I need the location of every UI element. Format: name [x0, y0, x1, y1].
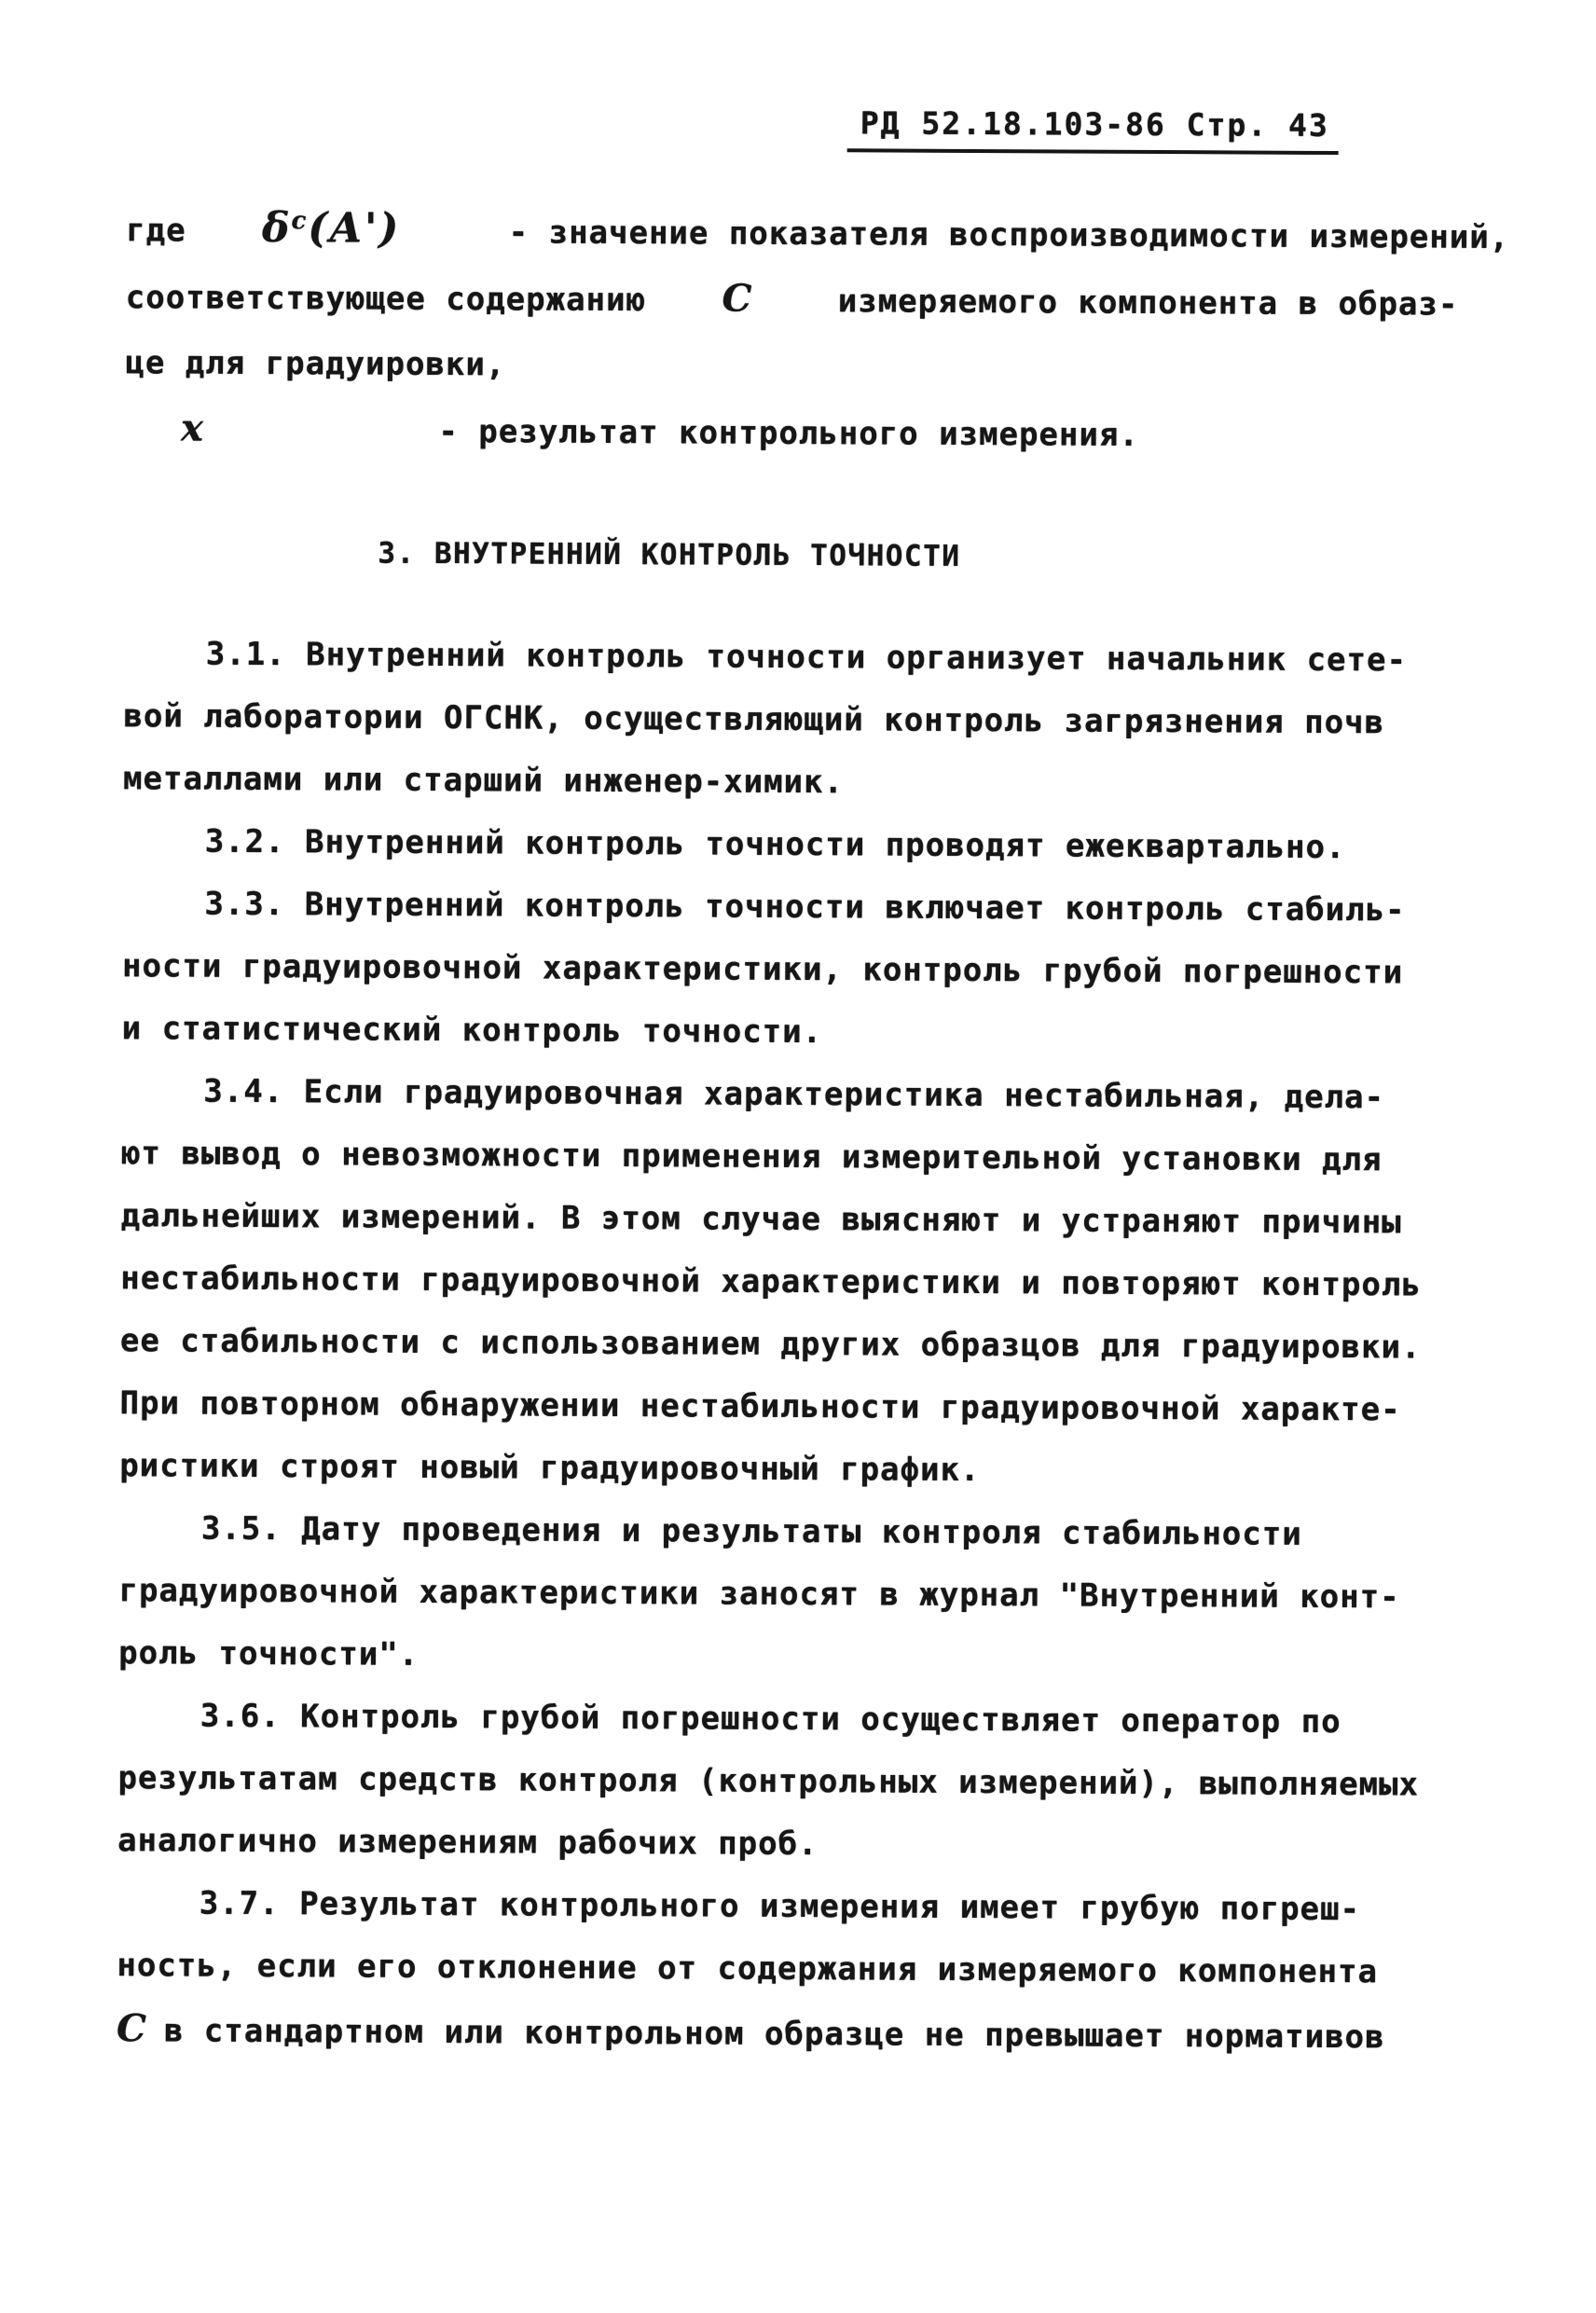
text-line: дальнейших измерений. В этом случае выяс…: [120, 1185, 1481, 1255]
sigma-description: - значение показателя воспроизводимости …: [509, 213, 1510, 256]
text-line: При повторном обнаружении нестабильности…: [119, 1372, 1480, 1442]
text-line: 3.5. Дату проведения и результаты контро…: [119, 1497, 1480, 1567]
document-reference: РД 52.18.103-86 Стр. 43: [847, 104, 1339, 155]
paragraph-3-7: 3.7. Результат контрольного измерения им…: [117, 1872, 1479, 2004]
x-description: - результат контрольного измерения.: [438, 413, 1139, 454]
text-line: ристики строят новый градуировочный граф…: [119, 1435, 1480, 1505]
definition-line-continuation-1: соответствующее содержанию C измеряемого…: [126, 263, 1487, 337]
page-content: РД 52.18.103-86 Стр. 43 где δc(А') - зна…: [0, 0, 1596, 2070]
concentration-symbol: C: [722, 277, 752, 321]
text-line: 3.2. Внутренний контроль точности провод…: [123, 810, 1484, 880]
text-line: аналогично измерениям рабочих проб.: [117, 1810, 1479, 1879]
text-line: ность, если его отклонение от содержания…: [117, 1934, 1478, 2004]
text-line: ности градуировочной характеристики, кон…: [122, 935, 1483, 1005]
x-symbol: x: [181, 406, 204, 450]
sigma-base: δ: [262, 204, 292, 252]
sigma-formula: δc(А'): [262, 204, 400, 253]
paragraph-3-7-last-line: Cв стандартном или контрольном образце н…: [117, 1997, 1478, 2070]
where-definitions-block: где δc(А') - значение показателя воспрои…: [125, 187, 1488, 470]
text-fragment: соответствующее содержанию: [126, 279, 646, 319]
text-line: нестабильности градуировочной характерис…: [120, 1247, 1481, 1317]
text-line: и статистический контроль точности.: [122, 998, 1483, 1067]
page-header: РД 52.18.103-86 Стр. 43: [127, 101, 1488, 156]
text-line: 3.1. Внутренний контроль точности органи…: [124, 623, 1485, 693]
paragraph-3-1: 3.1. Внутренний контроль точности органи…: [123, 623, 1485, 818]
text-line: 3.4. Если градуировочная характеристика …: [121, 1060, 1482, 1130]
paragraph-3-4: 3.4. Если градуировочная характеристика …: [119, 1060, 1482, 1505]
text-line: результатам средств контроля (контрольны…: [117, 1747, 1479, 1817]
section-heading: 3. ВНУТРЕННИЙ КОНТРОЛЬ ТОЧНОСТИ: [378, 537, 1485, 576]
where-label: где: [126, 212, 186, 249]
paragraph-3-2: 3.2. Внутренний контроль точности провод…: [123, 810, 1484, 880]
text-line: 3.3. Внутренний контроль точности включа…: [122, 873, 1483, 943]
text-line: металлами или старший инженер-химик.: [123, 748, 1484, 818]
text-line: ют вывод о невозможности применения изме…: [121, 1122, 1482, 1192]
text-line: ее стабильности с использованием других …: [120, 1310, 1481, 1380]
definition-line-continuation-2: це для градуировки,: [125, 330, 1486, 403]
text-line: роль точности".: [118, 1622, 1479, 1692]
definition-line-x: x - результат контрольного измерения.: [125, 395, 1486, 470]
sigma-argument: (А'): [308, 204, 400, 253]
text-fragment: це для градуировки,: [125, 344, 505, 383]
definition-line-sigma: где δc(А') - значение показателя воспрои…: [126, 187, 1487, 270]
paragraph-3-3: 3.3. Внутренний контроль точности включа…: [122, 873, 1484, 1067]
text-line: 3.7. Результат контрольного измерения им…: [117, 1872, 1479, 1942]
paragraph-3-6: 3.6. Контроль грубой погрешности осущест…: [117, 1685, 1479, 1879]
concentration-symbol: C: [117, 2006, 147, 2050]
text-line: 3.6. Контроль грубой погрешности осущест…: [118, 1685, 1479, 1755]
sigma-superscript: c: [291, 207, 308, 235]
section-body: 3.1. Внутренний контроль точности органи…: [117, 623, 1485, 2070]
text-fragment: измеряемого компонента в образ-: [838, 282, 1459, 323]
text-fragment: в стандартном или контрольном образце не…: [164, 2012, 1385, 2056]
document-page: РД 52.18.103-86 Стр. 43 где δc(А') - зна…: [0, 0, 1596, 2313]
paragraph-3-5: 3.5. Дату проведения и результаты контро…: [118, 1497, 1480, 1692]
text-line: градуировочной характеристики заносят в …: [118, 1560, 1479, 1630]
text-line: вой лаборатории ОГСНК, осуществляющий ко…: [123, 685, 1484, 755]
